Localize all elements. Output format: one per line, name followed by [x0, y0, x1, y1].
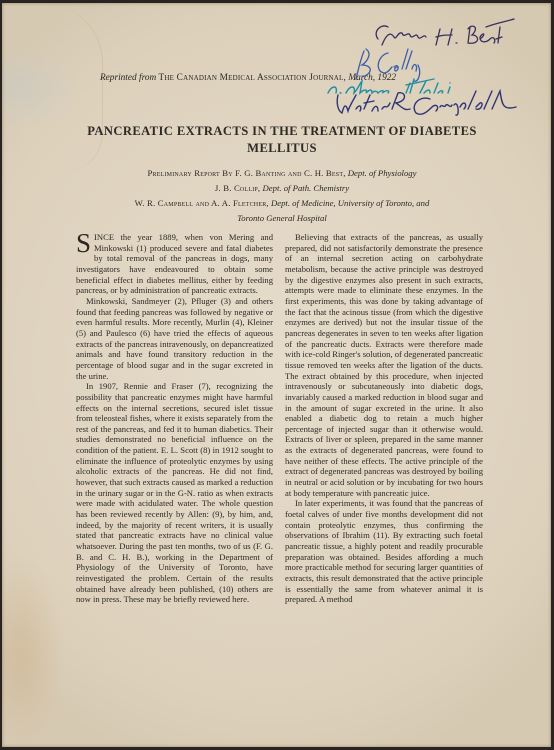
byline-line-2: J. B. Collip, Dept. of Path. Chemistry	[62, 181, 502, 196]
dept-physiology: Dept. of Physiology	[348, 168, 417, 178]
document-page: Reprinted from The Canadian Medical Asso…	[2, 3, 551, 747]
journal-name: The Canadian Medical Association Journal…	[159, 73, 346, 83]
paragraph: SINCE the year 1889, when von Mering and…	[76, 232, 273, 296]
dept-medicine: Dept. of Medicine, University of Toronto…	[271, 198, 429, 208]
byline: Preliminary Report By F. G. Banting and …	[62, 166, 502, 226]
left-column: SINCE the year 1889, when von Mering and…	[76, 232, 273, 605]
authors-banting-best: Preliminary Report By F. G. Banting and …	[148, 168, 346, 178]
byline-line-1: Preliminary Report By F. G. Banting and …	[62, 166, 502, 181]
paragraph-text: INCE the year 1889, when von Mering and …	[76, 232, 273, 295]
paragraph: In later experiments, it was found that …	[285, 498, 483, 605]
right-column: Believing that extracts of the pancreas,…	[285, 232, 483, 605]
toronto-general-hospital: Toronto General Hospital	[237, 213, 327, 223]
dept-path-chemistry: Dept. of Path. Chemistry	[262, 183, 349, 193]
byline-line-4: Toronto General Hospital	[62, 211, 502, 226]
byline-line-3: W. R. Campbell and A. A. Fletcher, Dept.…	[62, 196, 502, 211]
article-title: PANCREATIC EXTRACTS IN THE TREATMENT OF …	[62, 123, 502, 157]
title-line-2: MELLITUS	[62, 140, 502, 157]
paragraph: In 1907, Rennie and Fraser (7), recogniz…	[76, 381, 273, 605]
signature-campbell	[330, 89, 520, 119]
paragraph: Believing that extracts of the pancreas,…	[285, 232, 483, 498]
authors-campbell-fletcher: W. R. Campbell and A. A. Fletcher,	[135, 198, 269, 208]
title-line-1: PANCREATIC EXTRACTS IN THE TREATMENT OF …	[62, 123, 502, 140]
author-collip: J. B. Collip,	[215, 183, 260, 193]
paragraph: Minkowski, Sandmeyer (2), Pfluger (3) an…	[76, 296, 273, 381]
reprint-prefix: Reprinted from	[100, 73, 156, 83]
drop-cap: S	[76, 233, 91, 254]
